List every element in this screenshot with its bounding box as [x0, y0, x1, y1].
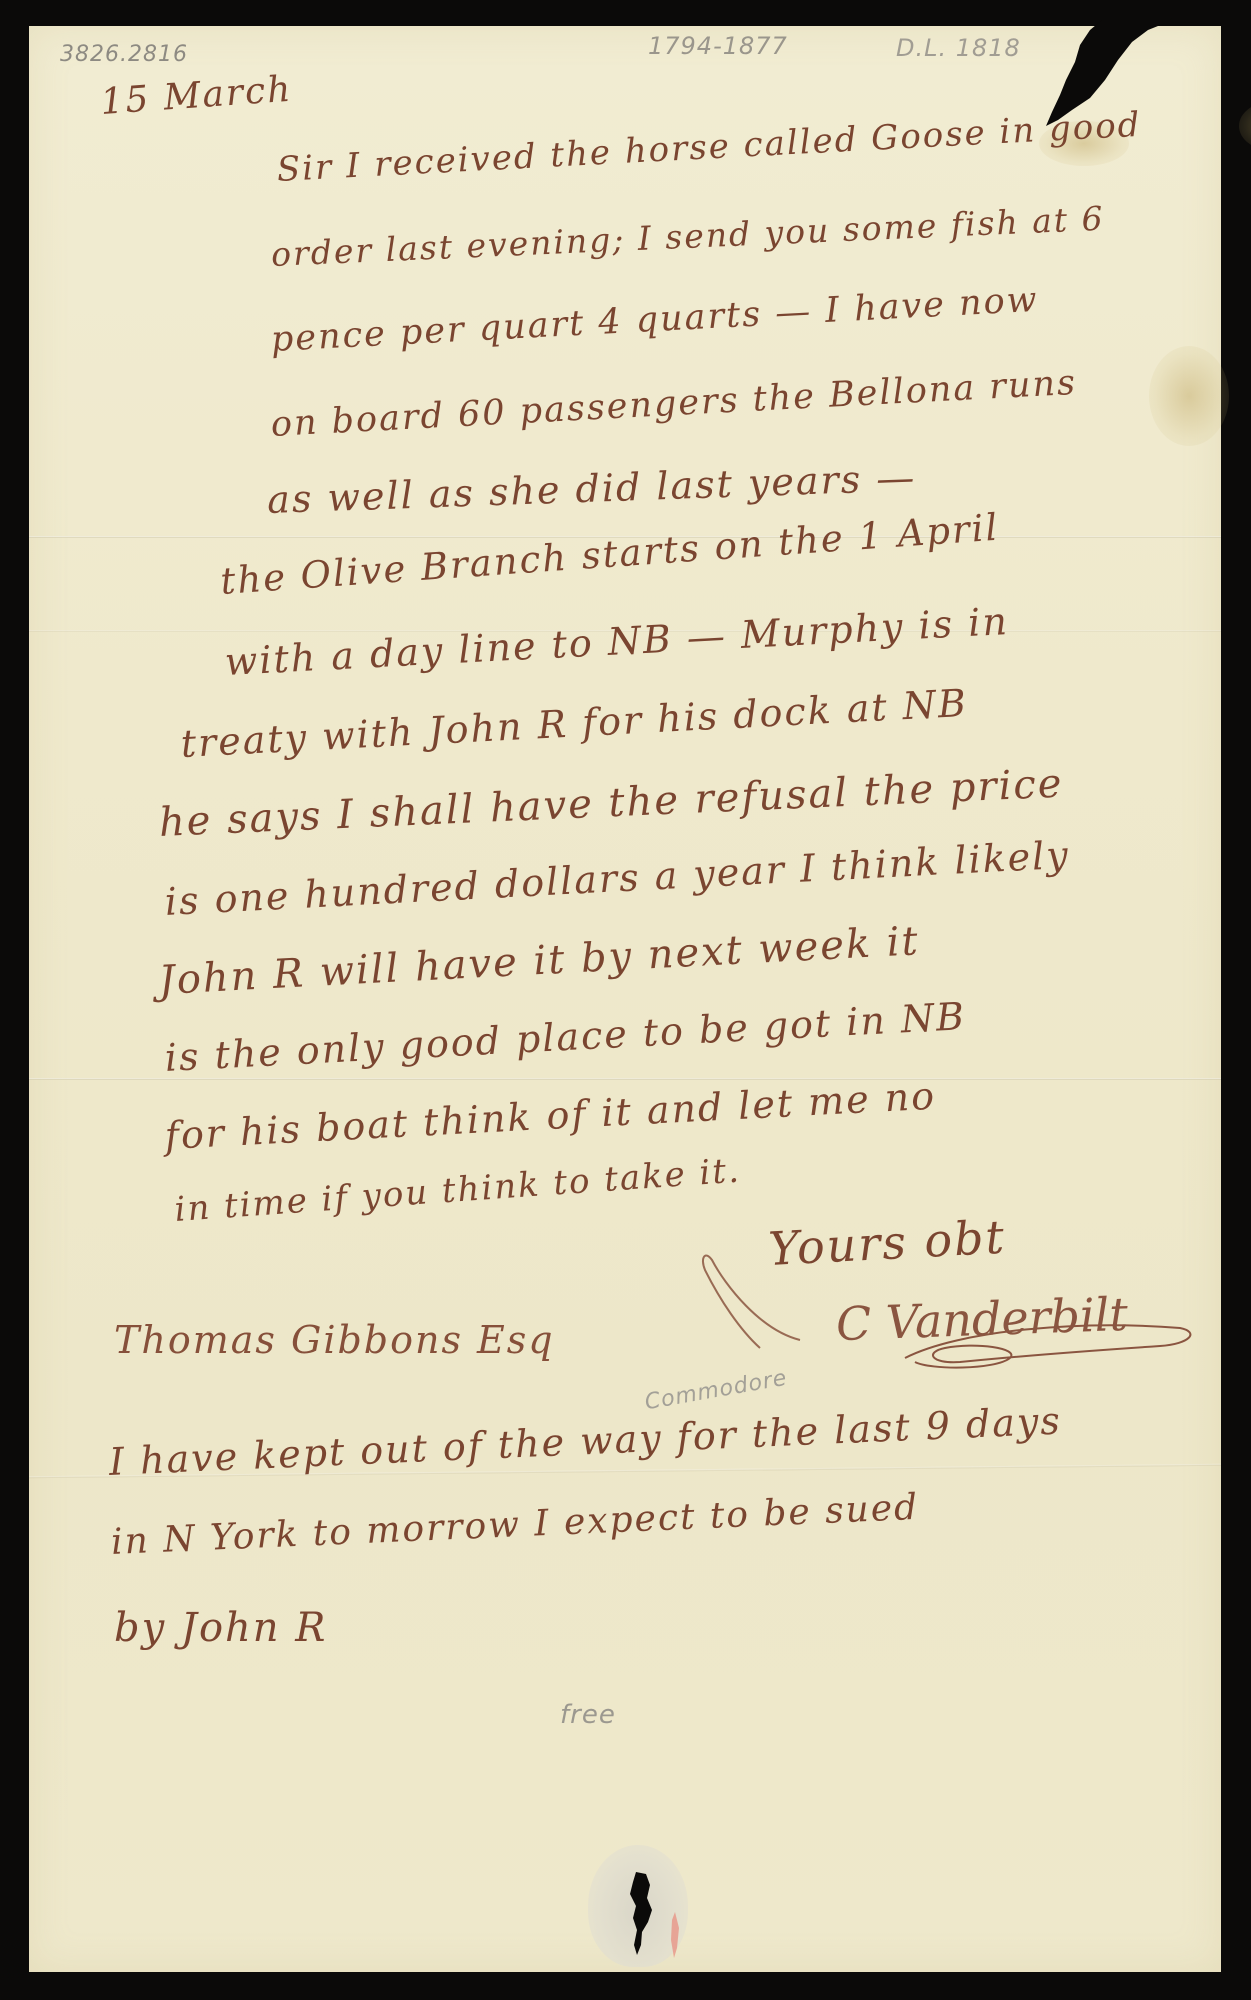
- document-viewer: 3826.2816 1794-1877 D.L. 1818 Commodore …: [0, 0, 1251, 2000]
- free-note: free: [560, 1700, 616, 1730]
- catalog-number: 3826.2816: [60, 42, 188, 67]
- repair-patch: [588, 1845, 688, 1967]
- signature: C Vanderbilt: [835, 1287, 1129, 1351]
- folder-note: D.L. 1818: [896, 34, 1021, 62]
- water-stain: [1239, 101, 1251, 151]
- date-range-note: 1794-1877: [648, 32, 788, 60]
- postscript-line: by John R: [114, 1605, 327, 1651]
- fold-line: [29, 1078, 1221, 1080]
- line-text: for his: [164, 1106, 318, 1158]
- addressee: Thomas Gibbons Esq: [114, 1318, 555, 1362]
- water-stain: [1149, 346, 1229, 446]
